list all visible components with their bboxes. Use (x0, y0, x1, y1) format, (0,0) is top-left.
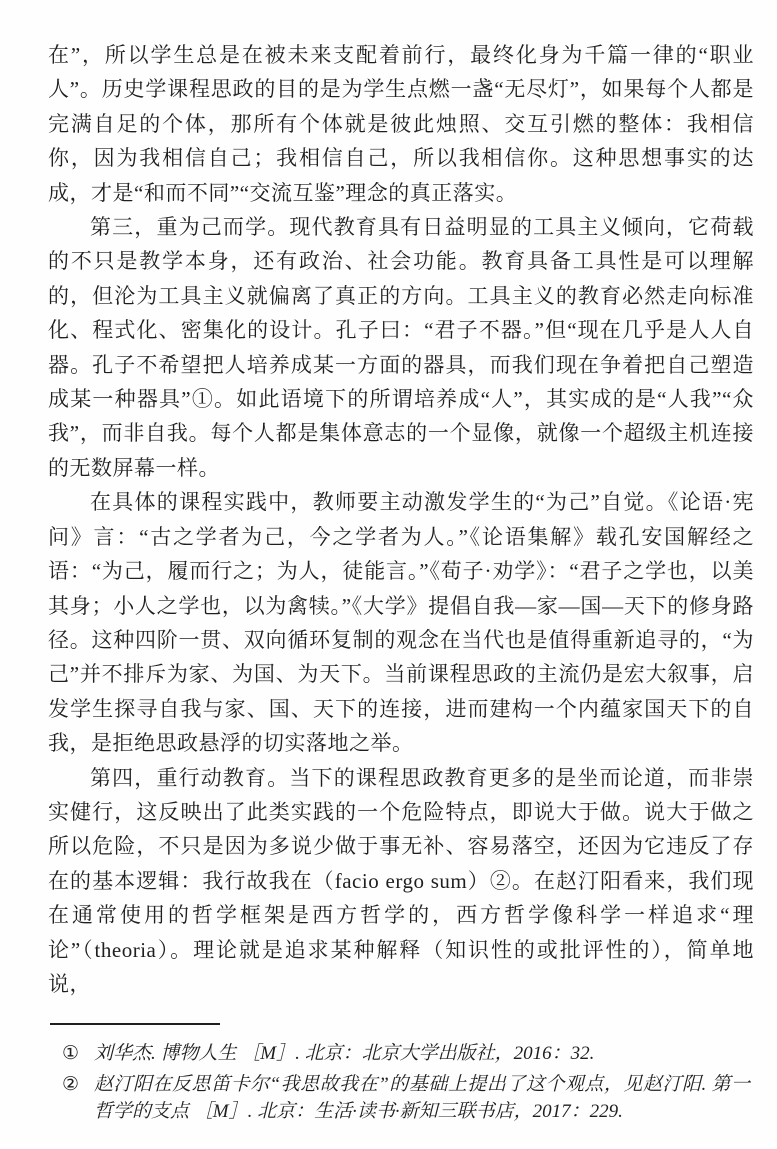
footnote-marker-2: ② (50, 1071, 94, 1126)
footnote-marker-1: ① (50, 1040, 94, 1068)
footnote-text-2: 赵汀阳在反思笛卡尔“我思故我在”的基础上提出了这个观点，见赵汀阳. 第一哲学的支… (94, 1071, 750, 1126)
book-page: 在”，所以学生总是在被未来支配着前行，最终化身为千篇一律的“职业人”。历史学课程… (0, 0, 777, 1149)
page-body: 在”，所以学生总是在被未来支配着前行，最终化身为千篇一律的“职业人”。历史学课程… (48, 38, 754, 1001)
paragraph-continuation: 在”，所以学生总是在被未来支配着前行，最终化身为千篇一律的“职业人”。历史学课程… (48, 38, 754, 210)
footnote-text-1: 刘华杰. 博物人生 ［M］. 北京：北京大学出版社，2016：32. (94, 1040, 750, 1068)
footnote-divider (50, 1023, 220, 1025)
paragraph-course-practice: 在具体的课程实践中，教师要主动激发学生的“为己”自觉。《论语·宪问》言：“古之学… (48, 485, 754, 760)
paragraph-point-three: 第三，重为己而学。现代教育具有日益明显的工具主义倾向，它荷载的不只是教学本身，还… (48, 210, 754, 485)
footnote-item: ① 刘华杰. 博物人生 ［M］. 北京：北京大学出版社，2016：32. (50, 1040, 750, 1068)
footnote-section: ① 刘华杰. 博物人生 ［M］. 北京：北京大学出版社，2016：32. ② 赵… (50, 1040, 750, 1129)
footnote-item: ② 赵汀阳在反思笛卡尔“我思故我在”的基础上提出了这个观点，见赵汀阳. 第一哲学… (50, 1071, 750, 1126)
paragraph-point-four: 第四，重行动教育。当下的课程思政教育更多的是坐而论道，而非崇实健行，这反映出了此… (48, 761, 754, 1002)
